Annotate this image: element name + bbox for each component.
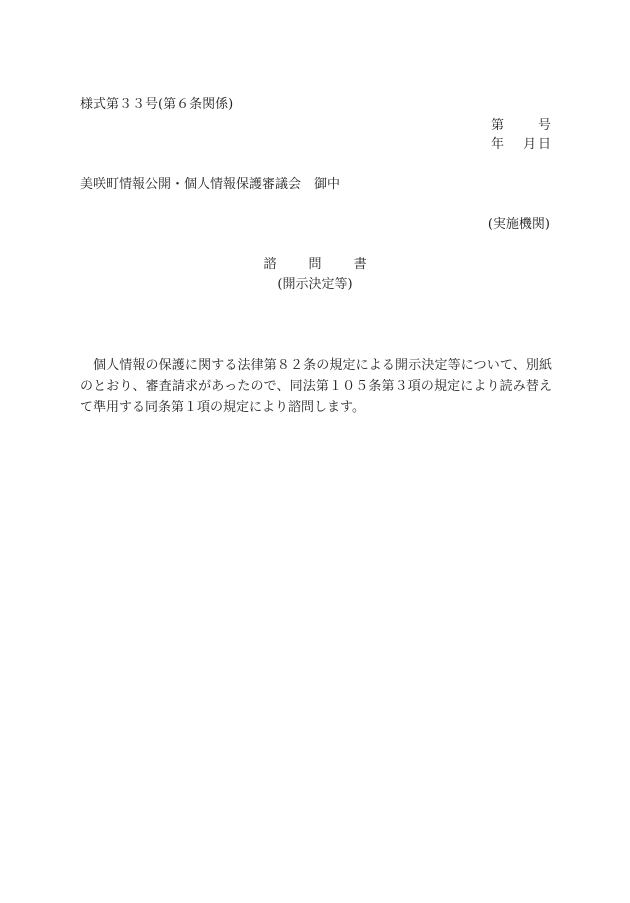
date-year: 年 <box>491 137 504 152</box>
form-number: 様式第３３号(第６条関係) <box>80 96 233 114</box>
document-title: 諮 問 書 <box>0 256 630 274</box>
title-char: 諮 <box>263 256 276 274</box>
title-char: 問 <box>308 256 321 274</box>
doc-number-suffix: 号 <box>538 117 551 135</box>
date-month: 月 <box>523 137 536 152</box>
document-number: 第 号 <box>491 117 551 135</box>
body-paragraph: 個人情報の保護に関する法律第８２条の規定による開示決定等について、別紙のとおり、… <box>80 355 552 418</box>
document-subtitle: (開示決定等) <box>0 276 630 294</box>
title-char: 書 <box>354 256 367 274</box>
sender-agency: (実施機関) <box>488 216 550 234</box>
document-date: 年 月 日 <box>491 136 551 154</box>
doc-number-prefix: 第 <box>491 117 504 135</box>
date-day: 日 <box>538 136 551 154</box>
recipient: 美咲町情報公開・個人情報保護審議会 御中 <box>80 176 340 194</box>
